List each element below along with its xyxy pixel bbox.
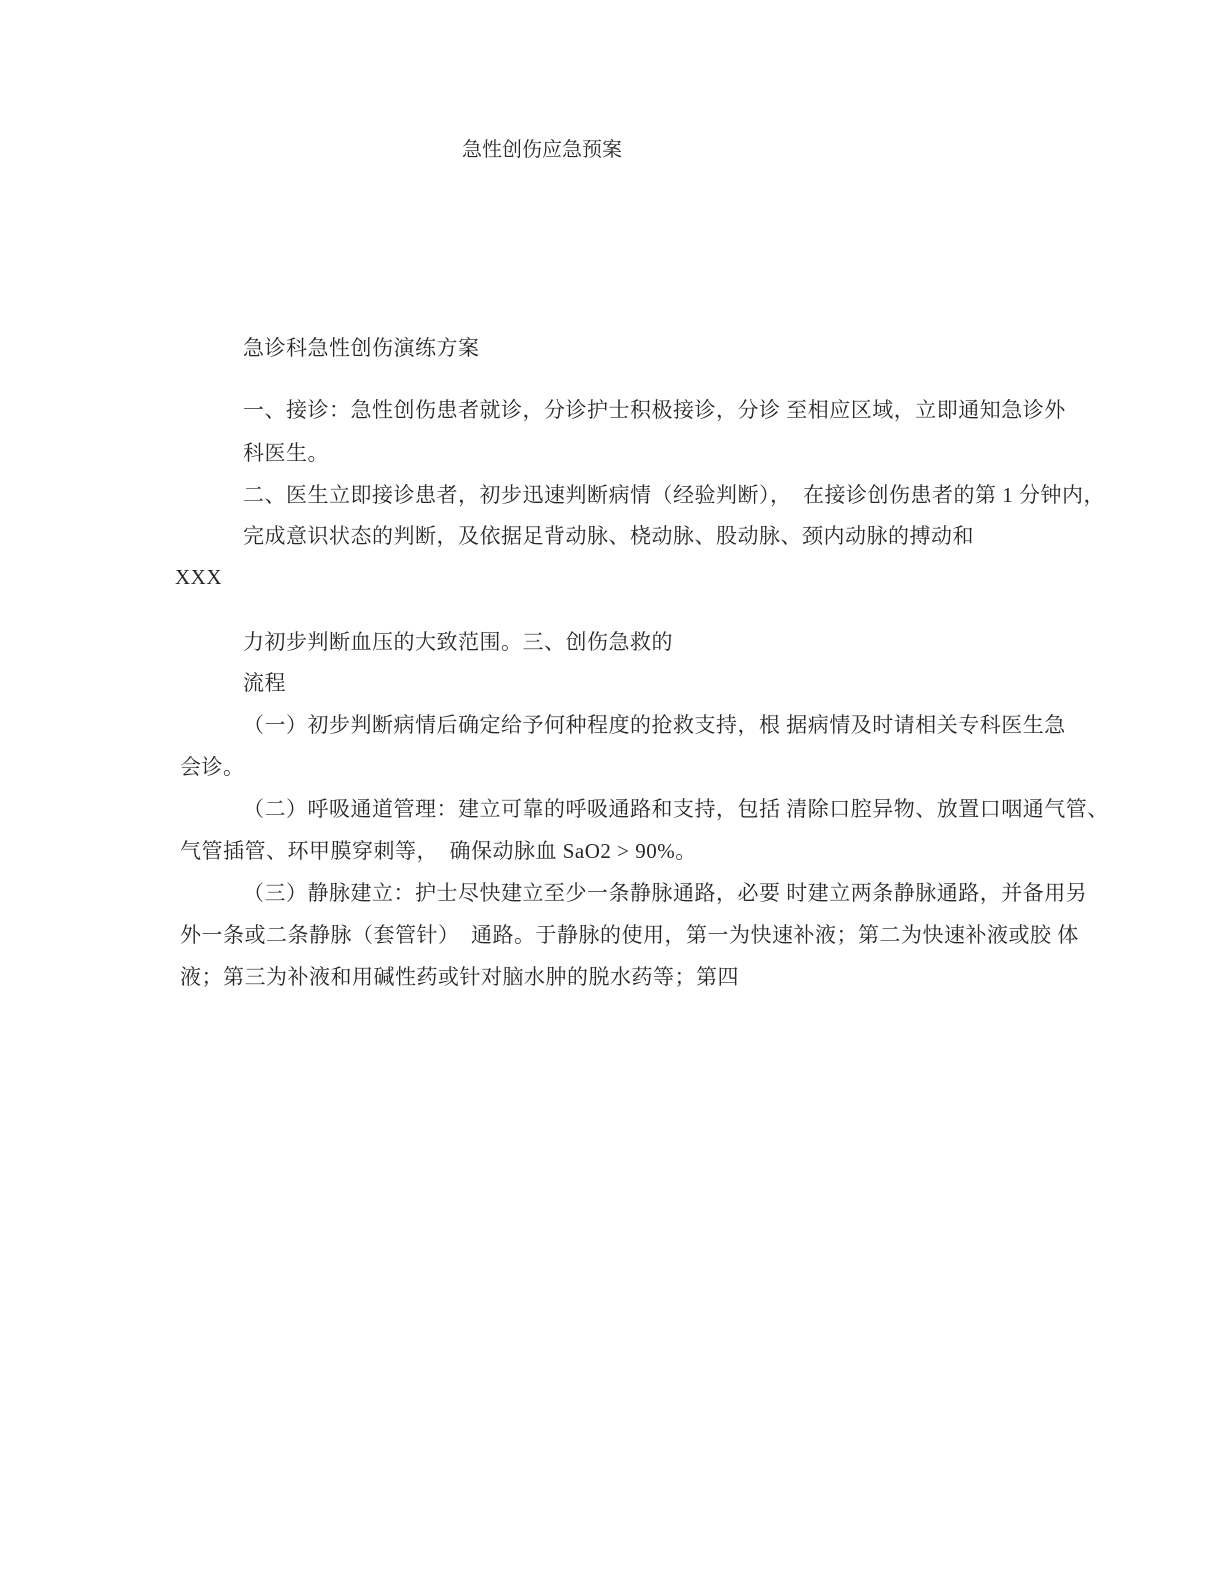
paragraph-line: （一）初步判断病情后确定给予何种程度的抢救支持，根 据病情及时请相关专科医生急 — [243, 714, 1066, 736]
paragraph-line: 液；第三为补液和用碱性药或针对脑水肿的脱水药等；第四 — [180, 966, 739, 988]
paragraph-line: （三）静脉建立：护士尽快建立至少一条静脉通路，必要 时建立两条静脉通路，并备用另 — [243, 882, 1087, 904]
paragraph-line: 一、接诊：急性创伤患者就诊，分诊护士积极接诊，分诊 至相应区域，立即通知急诊外 — [243, 399, 1066, 421]
paragraph-line: 科医生。 — [243, 442, 329, 464]
paragraph-line: 流程 — [243, 672, 286, 694]
paragraph-line: 完成意识状态的判断，及依据足背动脉、桡动脉、股动脉、颈内动脉的搏动和 — [243, 525, 974, 547]
paragraph-line: 力初步判断血压的大致范围。三、创伤急救的 — [243, 631, 673, 653]
paragraph-line: 外一条或二条静脉（套管针） 通路。于静脉的使用，第一为快速补液；第二为快速补液或… — [180, 924, 1079, 946]
document-page: 急性创伤应急预案 急诊科急性创伤演练方案 一、接诊：急性创伤患者就诊，分诊护士积… — [0, 0, 1224, 1584]
placeholder-xxx: XXX — [175, 566, 222, 588]
paragraph-line: 气管插管、环甲膜穿刺等， 确保动脉血 SaO2 > 90%。 — [180, 840, 697, 862]
document-title: 急性创伤应急预案 — [462, 139, 622, 161]
paragraph-line: 会诊。 — [180, 756, 245, 778]
paragraph-line: 二、医生立即接诊患者，初步迅速判断病情（经验判断）， 在接诊创伤患者的第 1 分… — [243, 484, 1105, 506]
paragraph-line: （二）呼吸通道管理：建立可靠的呼吸通路和支持，包括 清除口腔异物、放置口咽通气管… — [243, 798, 1109, 820]
section-heading: 急诊科急性创伤演练方案 — [243, 337, 480, 359]
